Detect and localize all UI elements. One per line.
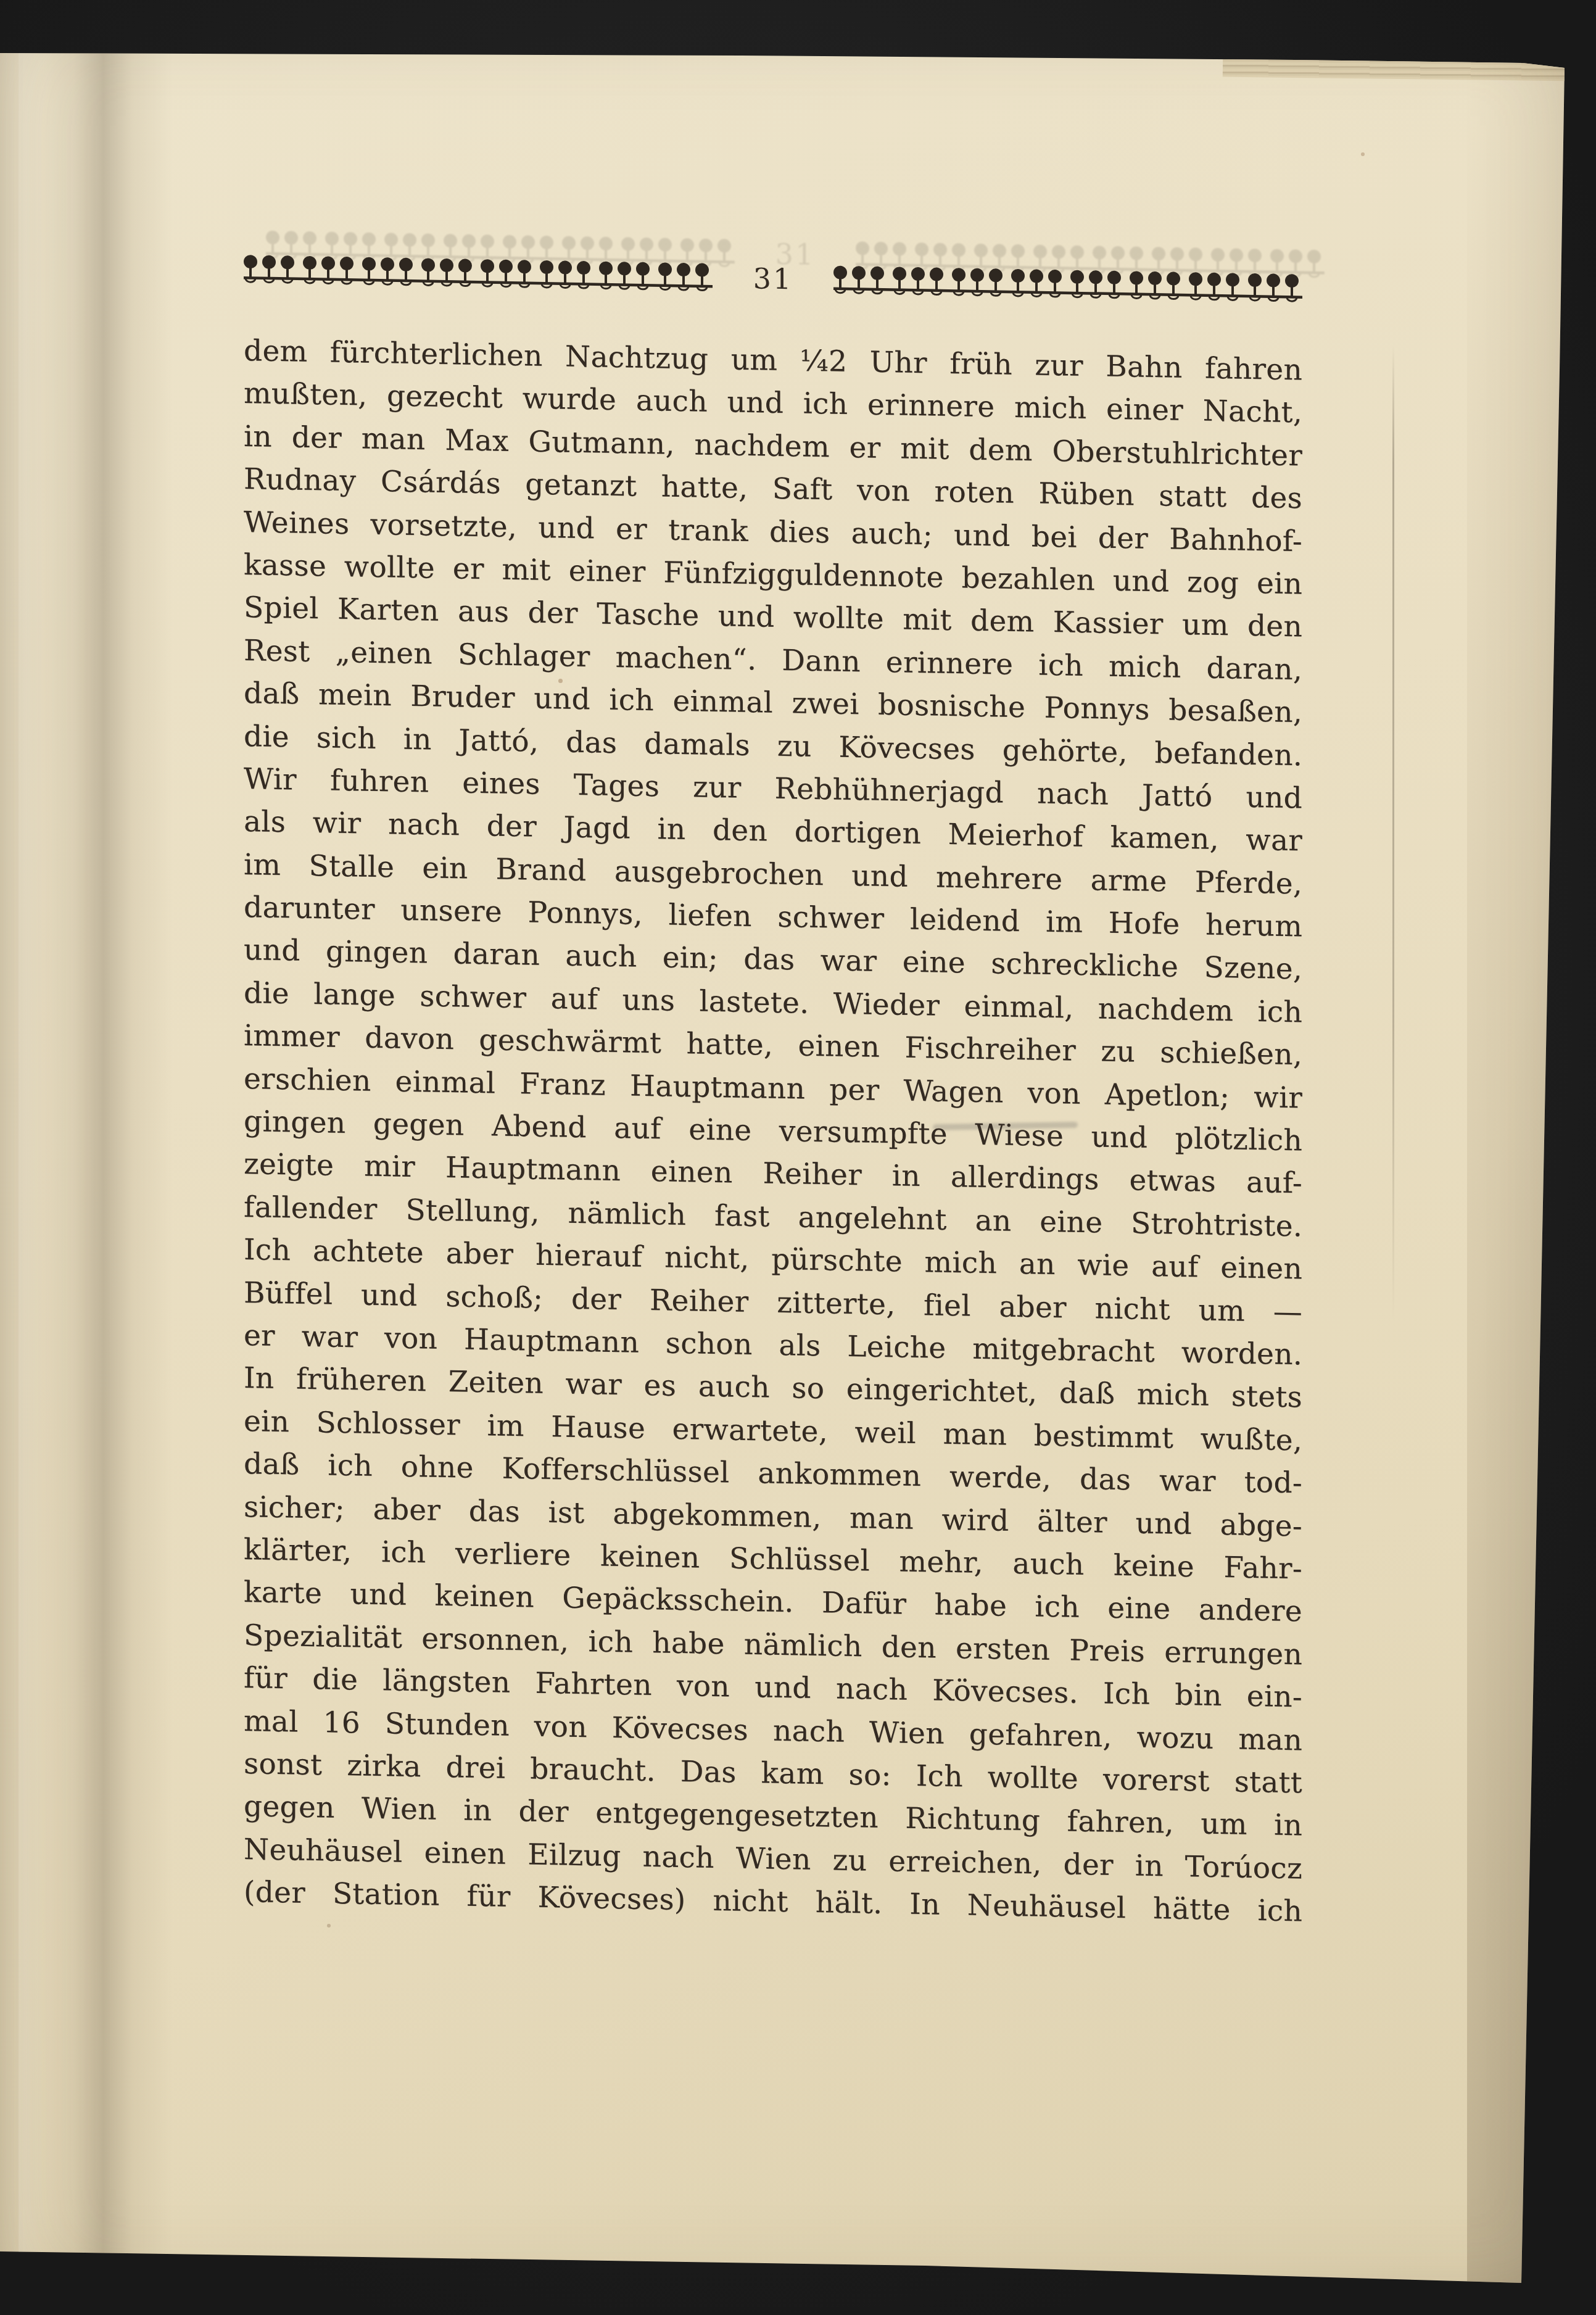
body-text: dem fürchterlichen Nachtzug um ¹⁄₄2 Uhr … [244,329,1302,1933]
gutter-crease-shadow [19,49,173,2258]
vine-ornament-right-icon [833,264,1302,307]
next-page-edge-line [1392,346,1394,1320]
foxing-spot [327,1924,331,1928]
book-scan: 31 31 dem fürchterlichen Nachtzug um ¹⁄₄… [0,0,1596,2315]
book-page: 31 31 dem fürchterlichen Nachtzug um ¹⁄₄… [0,0,1596,2315]
printed-content: 31 31 dem fürchterlichen Nachtzug um ¹⁄₄… [244,251,1302,1933]
foxing-spot [1361,152,1365,156]
page-edge-right [1467,59,1567,2289]
vine-ornament-left-icon [244,253,713,296]
page-header: 31 31 [244,251,1302,309]
page-number: 31 [737,264,809,294]
